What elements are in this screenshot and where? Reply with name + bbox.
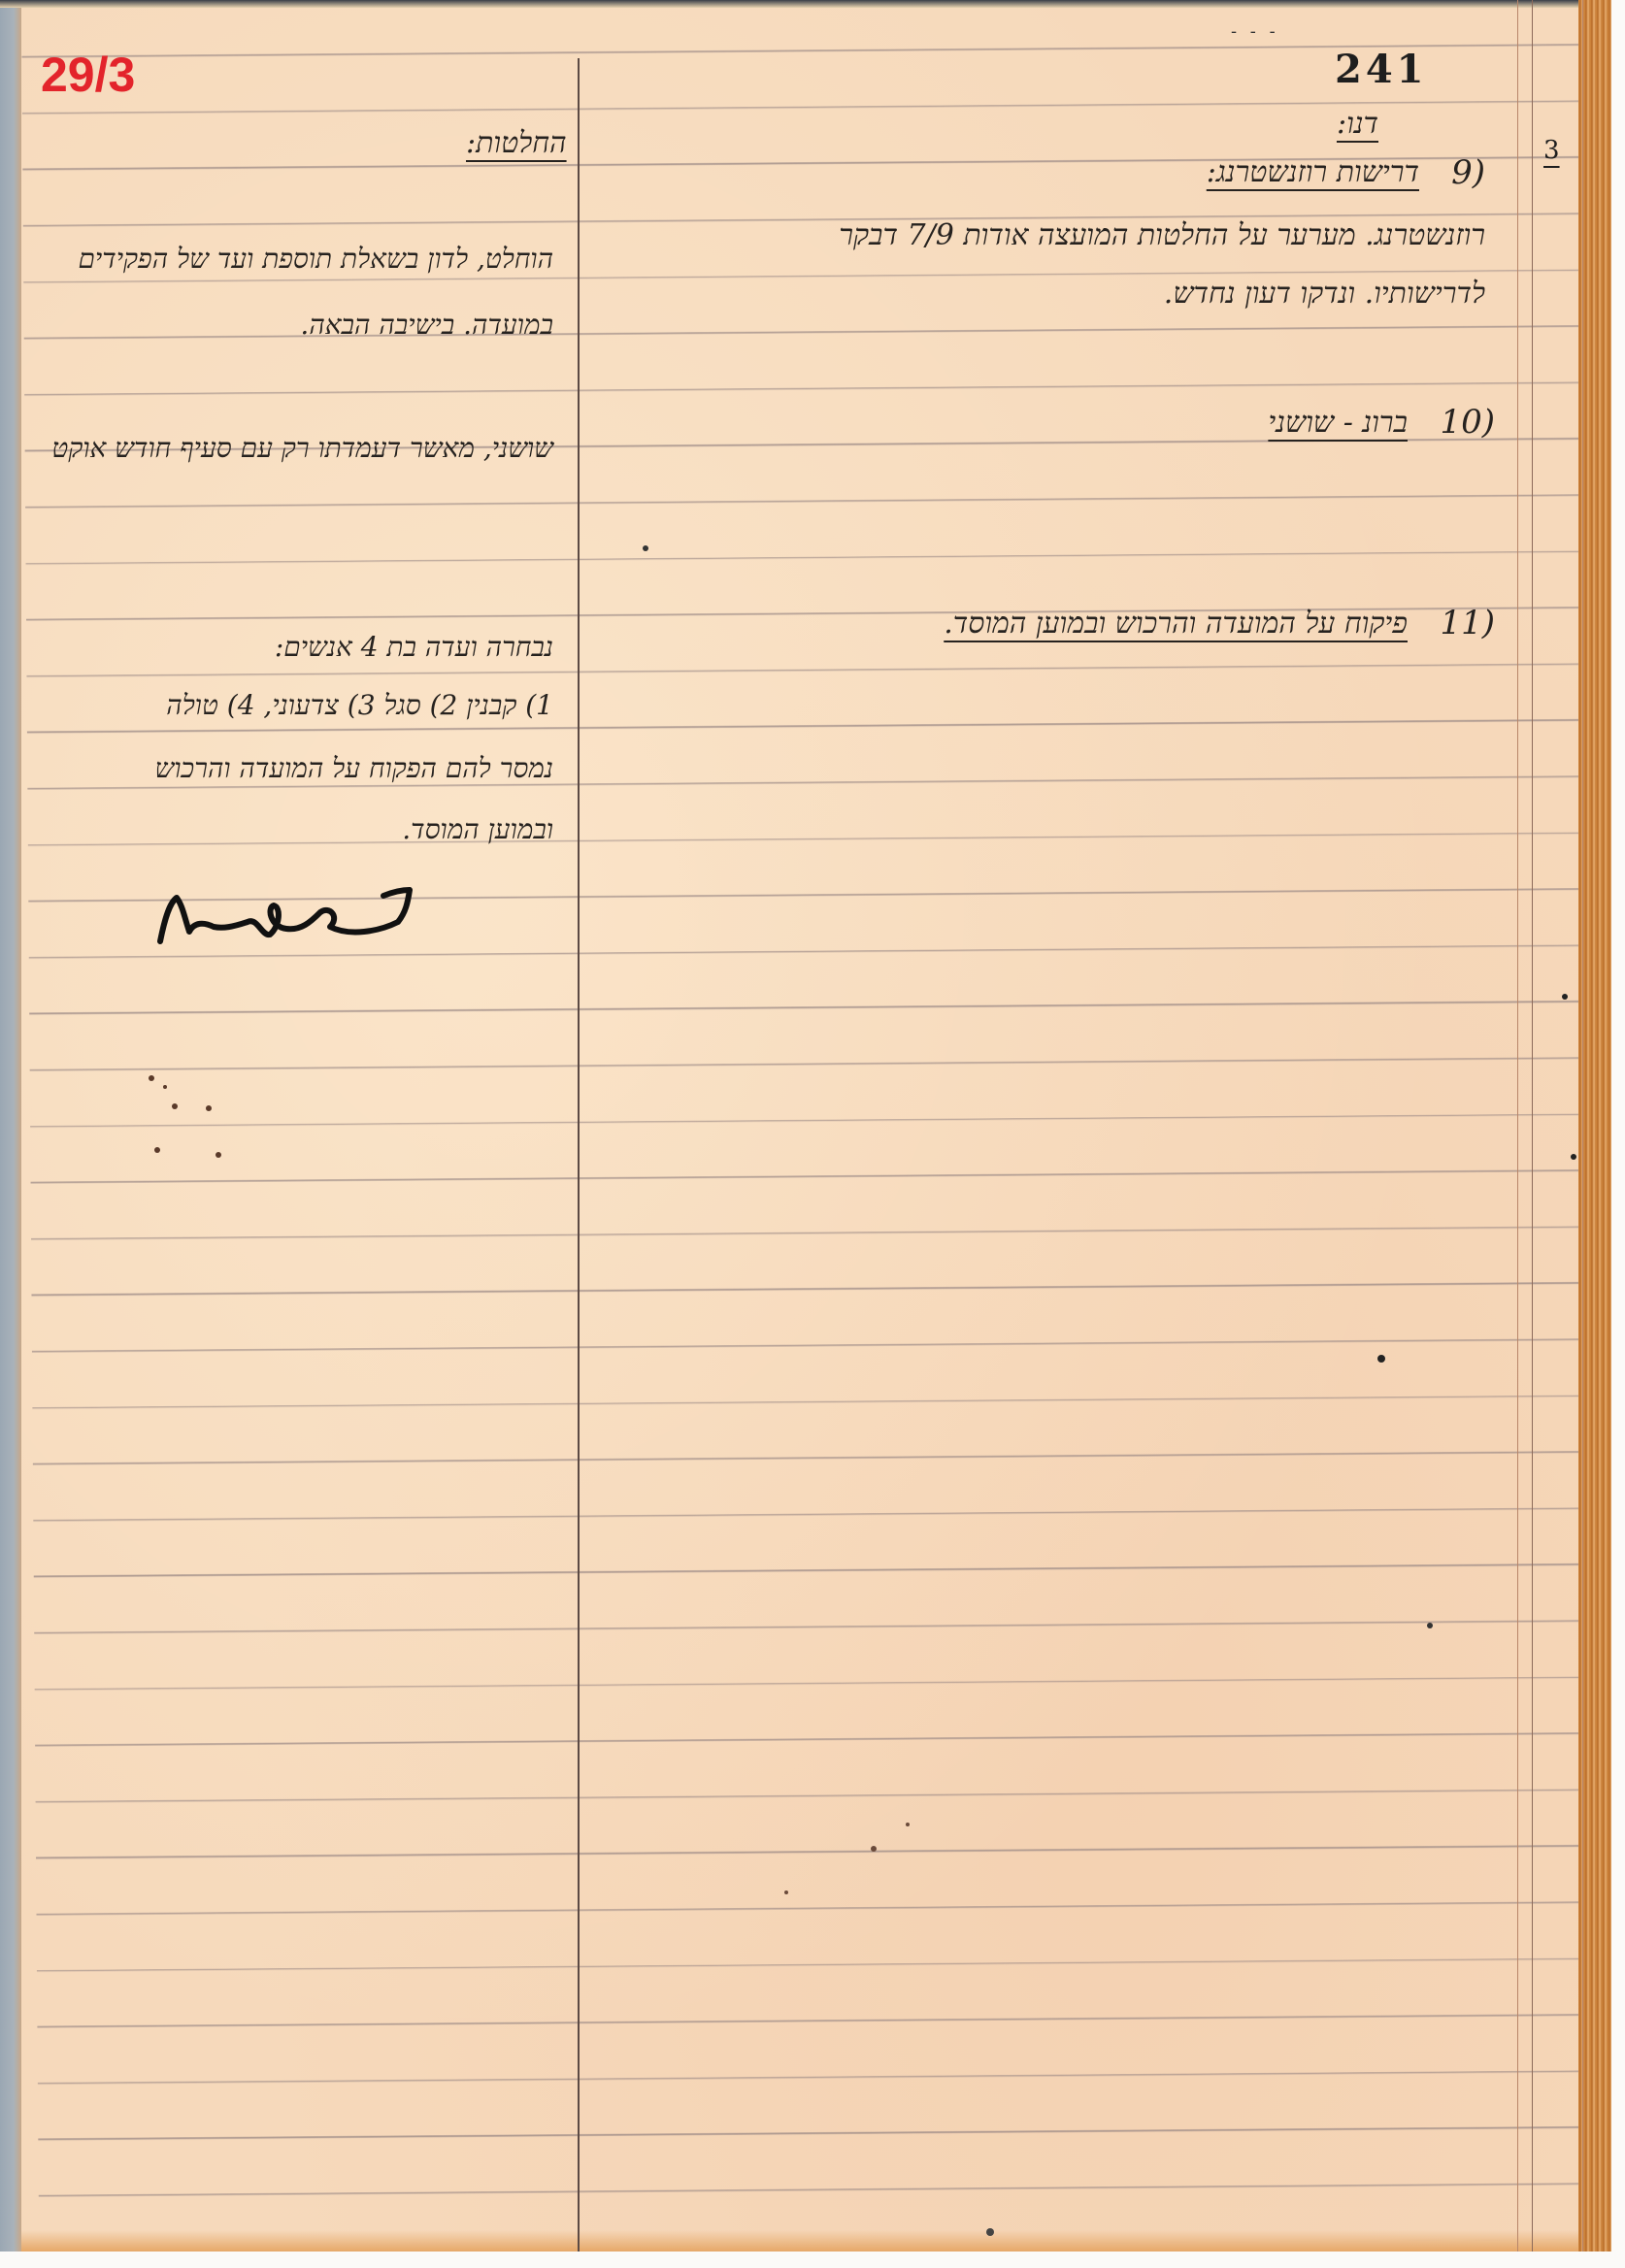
notebook-page: 29/3 - - - 241 3 דנו: 9) דרישות רוזנשטרנ… — [0, 0, 1611, 2252]
paper-specks — [0, 0, 1611, 2252]
